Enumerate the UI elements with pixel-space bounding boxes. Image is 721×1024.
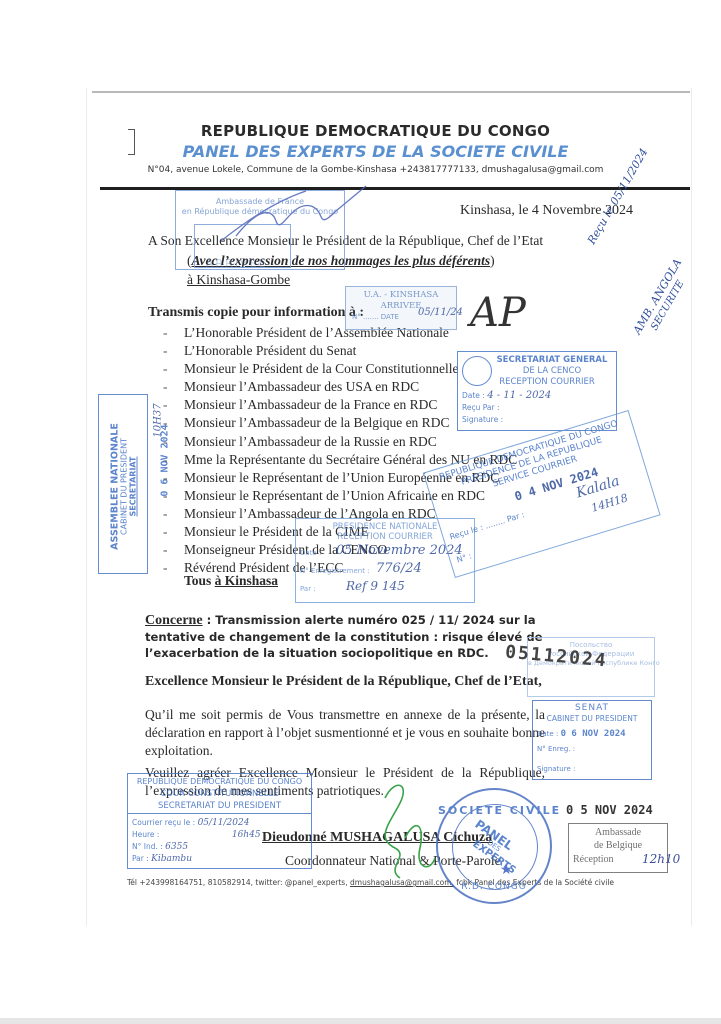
copy-recipient: -Monsieur l’Ambassadeur de la Russie en … bbox=[160, 433, 517, 451]
stamp-senat: SENAT CABINET DU PRESIDENT Date : 0 6 NO… bbox=[532, 700, 652, 780]
salutation: Excellence Monsieur le Président de la R… bbox=[145, 674, 542, 690]
handwritten-initials: AP bbox=[470, 290, 526, 336]
all-recipients-location: Tous à Kinshasa bbox=[184, 573, 278, 589]
stamp-panel-seal: SOCIETE CIVILE PANEL DES EXPERTS R.D. CO… bbox=[436, 788, 552, 904]
scan-edge bbox=[92, 91, 690, 93]
copy-list-title: Transmis copie pour information à : bbox=[148, 305, 364, 321]
star-icon: ★ bbox=[500, 862, 513, 878]
stamp-cour-constitutionnelle: REPUBLIQUE DEMOCRATIQUE DU CONGO COUR CO… bbox=[127, 773, 312, 869]
stamp-france-embassy: Ambassade de France en République démocr… bbox=[175, 190, 345, 270]
subject-text: : Transmission alerte numéro 025 / 11/ 2… bbox=[145, 613, 542, 660]
belgium-date-stamp: 0 5 NOV 2024 bbox=[566, 803, 653, 817]
body-paragraph: Qu’il me soit permis de Vous transmettre… bbox=[145, 706, 545, 760]
green-signature-icon bbox=[365, 778, 445, 888]
addressee-location: à Kinshasa-Gombe bbox=[187, 272, 290, 288]
letterhead-organization: PANEL DES EXPERTS DE LA SOCIETE CIVILE bbox=[0, 142, 721, 161]
letterhead-country: REPUBLIQUE DEMOCRATIQUE DU CONGO bbox=[0, 122, 721, 140]
letterhead-address: N°04, avenue Lokele, Commune de la Gombe… bbox=[0, 165, 721, 175]
belgium-handwritten-time: 12h10 bbox=[642, 852, 680, 866]
subject-label: Concerne bbox=[145, 613, 203, 628]
stamp-ua-kinshasa: U.A. - KINSHASA ARRIVEE N° ....... DATE … bbox=[345, 286, 457, 330]
stamp-cenco: SECRETARIAT GENERAL DE LA CENCO RECEPTIO… bbox=[457, 351, 617, 431]
copy-recipient: -L’Honorable Président de l’Assemblée Na… bbox=[160, 324, 517, 342]
stamp-assemblee-nationale: ASSEMBLEE NATIONALE CABINET DU PRESIDENT… bbox=[98, 394, 148, 574]
subject-line: Concerne : Transmission alerte numéro 02… bbox=[145, 612, 565, 661]
signature-scribble-icon bbox=[216, 181, 376, 251]
viewer-bottom-bar bbox=[0, 1018, 721, 1024]
